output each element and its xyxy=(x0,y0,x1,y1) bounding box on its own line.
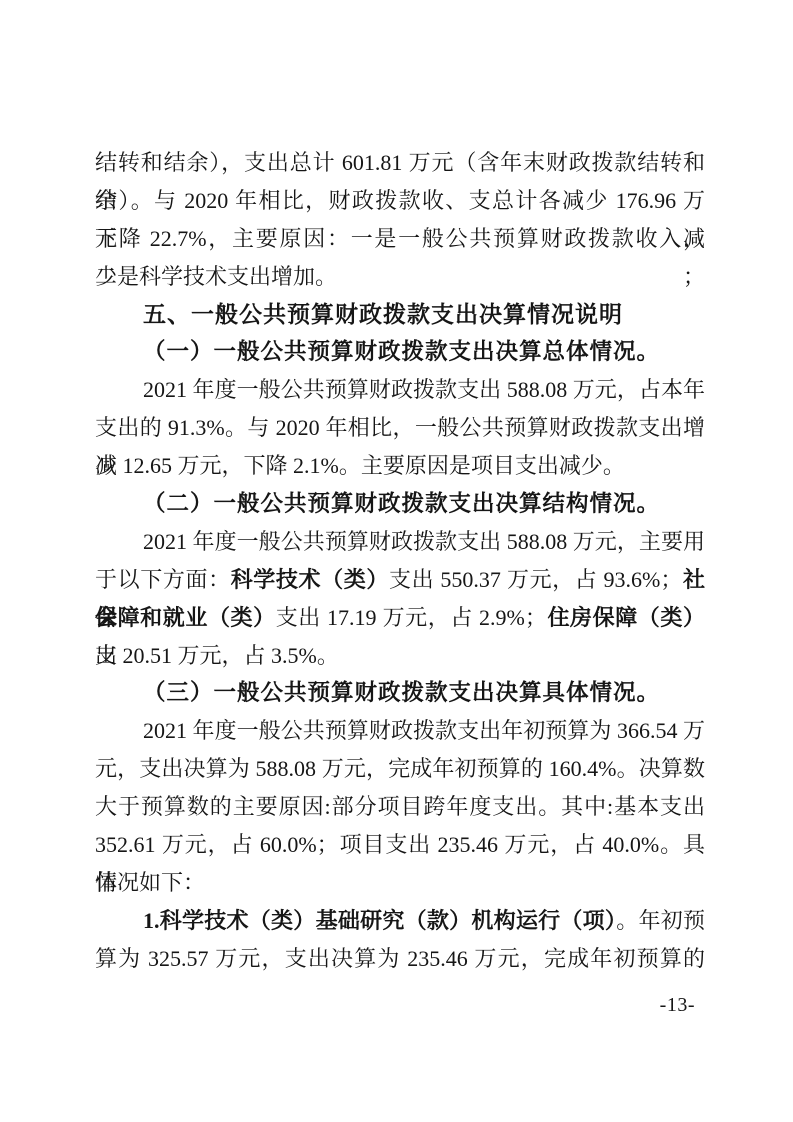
doc-line: 支出的 91.3%。与 2020 年相比，一般公共预算财政拨款支出增减 xyxy=(95,409,705,447)
doc-line-segment: （一）一般公共预算财政拨款支出决算总体情况。 xyxy=(143,339,660,364)
doc-line-segment: 元，支出决算为 588.08 万元，完成年初预算的 160.4%。决算数 xyxy=(95,756,705,781)
doc-line: 1.科学技术（类）基础研究（款）机构运行（项）。年初预 xyxy=(95,902,705,940)
doc-line: 352.61 万元，占 60.0%；项目支出 235.46 万元，占 40.0%… xyxy=(95,826,705,864)
doc-line-segment: （二）一般公共预算财政拨款支出决算结构情况。 xyxy=(143,491,660,516)
doc-line: 元，支出决算为 588.08 万元，完成年初预算的 160.4%。决算数 xyxy=(95,750,705,788)
doc-line-segment: 出 20.51 万元，占 3.5%。 xyxy=(95,643,339,668)
doc-line: 于以下方面：科学技术（类）支出 550.37 万元，占 93.6%；社会 xyxy=(95,561,705,599)
doc-heading-line: 五、一般公共预算财政拨款支出决算情况说明 xyxy=(95,296,705,334)
doc-line-segment: 情况如下： xyxy=(95,870,205,895)
doc-line-segment: 2021 年度一般公共预算财政拨款支出年初预算为 366.54 万 xyxy=(143,718,705,743)
doc-line-segment: 2021 年度一般公共预算财政拨款支出 588.08 万元，占本年 xyxy=(143,377,705,402)
doc-line-segment: 科学技术（类） xyxy=(231,567,389,592)
doc-line-segment: 大于预算数的主要原因:部分项目跨年度支出。其中:基本支出 xyxy=(95,794,705,819)
document-page: { "page": { "background_color": "#ffffff… xyxy=(0,0,793,1122)
doc-line-segment: 。年初预 xyxy=(616,908,705,933)
doc-line: 少 12.65 万元，下降 2.1%。主要原因是项目支出减少。 xyxy=(95,447,705,485)
document-text-body: 结转和结余），支出总计 601.81 万元（含年末财政拨款结转和结余）。与 20… xyxy=(95,144,705,978)
doc-heading-line: （二）一般公共预算财政拨款支出决算结构情况。 xyxy=(95,485,705,523)
doc-line-segment: 住房保障（类） xyxy=(547,605,705,630)
doc-heading-line: （三）一般公共预算财政拨款支出决算具体情况。 xyxy=(95,674,705,712)
doc-line-segment: 2021 年度一般公共预算财政拨款支出 588.08 万元，主要用 xyxy=(143,529,705,554)
doc-heading-line: （一）一般公共预算财政拨款支出决算总体情况。 xyxy=(95,333,705,371)
doc-line-segment: 算为 325.57 万元，支出决算为 235.46 万元，完成年初预算的 xyxy=(95,946,705,971)
doc-line-segment: 于以下方面： xyxy=(95,567,231,592)
doc-line-segment: 1.科学技术（类）基础研究（款）机构运行（项） xyxy=(143,908,616,933)
doc-line: 大于预算数的主要原因:部分项目跨年度支出。其中:基本支出 xyxy=(95,788,705,826)
doc-line-segment: 支出 17.19 万元，占 2.9%； xyxy=(276,605,547,630)
doc-line-segment: 支出 550.37 万元，占 93.6%； xyxy=(389,567,682,592)
doc-line-segment: 保障和就业（类） xyxy=(95,605,276,630)
doc-line-segment: 少 12.65 万元，下降 2.1%。主要原因是项目支出减少。 xyxy=(95,453,625,478)
doc-line: 算为 325.57 万元，支出决算为 235.46 万元，完成年初预算的 xyxy=(95,940,705,978)
doc-line: 2021 年度一般公共预算财政拨款支出年初预算为 366.54 万 xyxy=(95,712,705,750)
page-number: -13- xyxy=(660,994,695,1016)
doc-line: 2021 年度一般公共预算财政拨款支出 588.08 万元，占本年 xyxy=(95,371,705,409)
doc-line: 情况如下： xyxy=(95,864,705,902)
doc-line: 余）。与 2020 年相比，财政拨款收、支总计各减少 176.96 万元， xyxy=(95,182,705,220)
doc-line: 出 20.51 万元，占 3.5%。 xyxy=(95,637,705,675)
doc-line: 结转和结余），支出总计 601.81 万元（含年末财政拨款结转和结 xyxy=(95,144,705,182)
doc-line-segment: 二是科学技术支出增加。 xyxy=(95,264,337,289)
doc-line: 保障和就业（类）支出 17.19 万元，占 2.9%；住房保障（类）支 xyxy=(95,599,705,637)
doc-line-segment: （三）一般公共预算财政拨款支出决算具体情况。 xyxy=(143,680,660,705)
doc-line: 下降 22.7%，主要原因：一是一般公共预算财政拨款收入减少； xyxy=(95,220,705,258)
doc-line: 2021 年度一般公共预算财政拨款支出 588.08 万元，主要用 xyxy=(95,523,705,561)
doc-line-segment: 五、一般公共预算财政拨款支出决算情况说明 xyxy=(143,301,623,327)
